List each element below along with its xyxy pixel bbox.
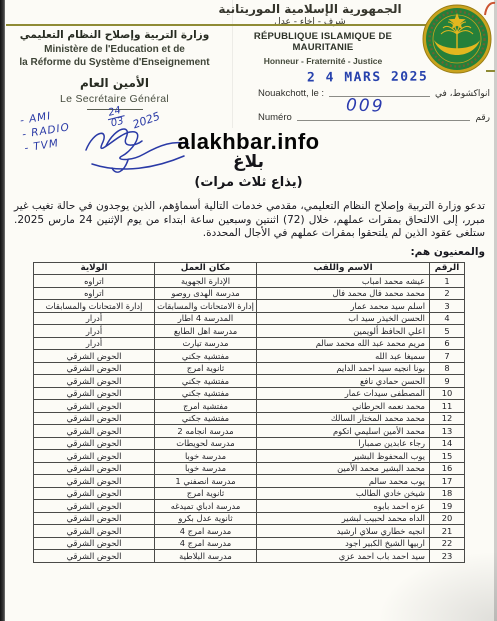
workplace-cell: مدرسة الهدى روصو (155, 287, 257, 300)
wilaya-cell: الحوض الشرقي (34, 387, 155, 400)
wilaya-cell: أدرار (34, 312, 155, 325)
table-row: 9الحسن حمادي نافعمفتشية جكنيالحوض الشرقي (34, 375, 465, 388)
column-header: الاسم واللقب (257, 262, 430, 275)
table-row: 8بونا انجيه سيد احمد الدايمثانوية امرجال… (34, 362, 465, 375)
table-row: 11محمد نعمه الحرطانيمفتشية امرجالحوض الش… (34, 400, 465, 413)
office-french: Le Secrétaire Général (12, 93, 217, 105)
table-row: 22اربيها الشيخ الكبير اجودمدرسة امرج 4ال… (34, 537, 465, 550)
name-cell: اعلي الحافظ ألويمين (257, 325, 430, 338)
workplace-cell: ثانوية امرج (155, 487, 257, 500)
wilaya-cell: إدارة الامتحانات والمسابقات (34, 300, 155, 313)
wilaya-cell: اتراوه (34, 275, 155, 288)
workplace-cell: إدارة الامتحانات والمسابقات (155, 300, 257, 313)
workplace-cell: مدرسة انصفني 1 (155, 475, 257, 488)
table-row: 10المصطفى سيدات عمارمفتشية جكنيالحوض الش… (34, 387, 465, 400)
workplace-cell: مدرسة البلاطية (155, 550, 257, 563)
wilaya-cell: الحوض الشرقي (34, 437, 155, 450)
name-cell: اربيها الشيخ الكبير اجود (257, 537, 430, 550)
column-header: الولاية (34, 262, 155, 275)
wilaya-cell: الحوض الشرقي (34, 412, 155, 425)
scanned-communique-page: الجمهورية الإسلامية الموريتانية شرف - إخ… (0, 0, 497, 621)
workplace-cell: مدرسة خوبا (155, 462, 257, 475)
workplace-cell: مدرسة انجامه 2 (155, 425, 257, 438)
handwritten-document-number: 009 (346, 95, 385, 116)
row-number-cell: 7 (430, 350, 465, 363)
name-cell: شيخن خادي الطالب (257, 487, 430, 500)
row-number-cell: 14 (430, 437, 465, 450)
row-number-cell: 13 (430, 425, 465, 438)
table-row: 20الداه محمد لحبيب لبشيرثانوية عدل بكروا… (34, 512, 465, 525)
name-cell: محمد البشير محمد الأمين (257, 462, 430, 475)
row-number-cell: 10 (430, 387, 465, 400)
table-row: 1عيشه محمد امبابالإدارة الجهويةاتراوه (34, 275, 465, 288)
name-cell: يوب المحفوظ البشير (257, 450, 430, 463)
wilaya-cell: الحوض الشرقي (34, 375, 155, 388)
table-row: 12محمد محمد المختار السالكمفتشية جكنيالح… (34, 412, 465, 425)
row-number-cell: 22 (430, 537, 465, 550)
workplace-cell: مدرسة تيارت (155, 337, 257, 350)
wilaya-cell: الحوض الشرقي (34, 487, 155, 500)
wilaya-cell: الحوض الشرقي (34, 512, 155, 525)
workplace-cell: مدرسة امرج 4 (155, 525, 257, 538)
number-label-french: Numéro (258, 112, 292, 123)
name-cell: يوب محمد سالم (257, 475, 430, 488)
row-number-cell: 8 (430, 362, 465, 375)
wilaya-cell: اتراوه (34, 287, 155, 300)
row-number-cell: 6 (430, 337, 465, 350)
workplace-cell: ثانوية امرج (155, 362, 257, 375)
wilaya-cell: الحوض الشرقي (34, 550, 155, 563)
name-cell: اسلم سيد محمد عمار (257, 300, 430, 313)
place-label-french: Nouakchott, le : (258, 88, 324, 99)
wilaya-cell: الحوض الشرقي (34, 362, 155, 375)
name-cell: محمد الأمين اسليمي اتكوم (257, 425, 430, 438)
table-row: 4الحسن الخيذر سيد ابالمدرسة 4 اطارأدرار (34, 312, 465, 325)
table-row: 17يوب محمد سالممدرسة انصفني 1الحوض الشرق… (34, 475, 465, 488)
row-number-cell: 12 (430, 412, 465, 425)
roster-table-header-row: الرقمالاسم واللقبمكان العملالولاية (34, 262, 465, 275)
row-number-cell: 4 (430, 312, 465, 325)
wilaya-cell: الحوض الشرقي (34, 400, 155, 413)
table-row: 2محمد محمد فال محمد فالمدرسة الهدى روصوا… (34, 287, 465, 300)
wilaya-cell: الحوض الشرقي (34, 537, 155, 550)
office-arabic: الأمين العام (12, 76, 217, 90)
workplace-cell: مدرسة لحويطات (155, 437, 257, 450)
row-number-cell: 17 (430, 475, 465, 488)
name-cell: بونا انجيه سيد احمد الدايم (257, 362, 430, 375)
workplace-cell: الإدارة الجهوية (155, 275, 257, 288)
ministry-block: وزارة التربية وإصلاح النظام التعليمي Min… (12, 29, 217, 110)
name-cell: الحسن حمادي نافع (257, 375, 430, 388)
table-row: 23سيد احمد باب احمد عزيمدرسة البلاطيةالح… (34, 550, 465, 563)
table-row: 19عزه احمد بابوهمدرسة ادباي تميدغهالحوض … (34, 500, 465, 513)
wilaya-cell: الحوض الشرقي (34, 525, 155, 538)
republic-name-french: RÉPUBLIQUE ISLAMIQUE DE MAURITANIE (228, 31, 418, 53)
workplace-cell: المدرسة 4 اطار (155, 312, 257, 325)
row-number-cell: 2 (430, 287, 465, 300)
workplace-cell: مفتشية جكني (155, 350, 257, 363)
name-cell: عيشه محمد امباب (257, 275, 430, 288)
mauritania-state-seal-icon (421, 2, 493, 76)
workplace-cell: مدرسة خوبا (155, 450, 257, 463)
wilaya-cell: الحوض الشرقي (34, 350, 155, 363)
wilaya-cell: الحوض الشرقي (34, 425, 155, 438)
list-intro: والمعنيون هم: (14, 246, 485, 258)
table-row: 7سميغا عبد اللهمفتشية جكنيالحوض الشرقي (34, 350, 465, 363)
name-cell: مريم محمد عبد الله محمد سالم (257, 337, 430, 350)
row-number-cell: 1 (430, 275, 465, 288)
table-row: 21انجيه خطاري سلاي ارشيدمدرسة امرج 4الحو… (34, 525, 465, 538)
scan-edge-left (0, 0, 5, 621)
table-row: 14رجاء عابدين صمبارامدرسة لحويطاتالحوض ا… (34, 437, 465, 450)
row-number-cell: 15 (430, 450, 465, 463)
row-number-cell: 21 (430, 525, 465, 538)
workplace-cell: مفتشية جكني (155, 412, 257, 425)
row-number-cell: 20 (430, 512, 465, 525)
absentee-roster-table: الرقمالاسم واللقبمكان العملالولاية 1عيشه… (33, 262, 465, 563)
ministry-name-french-line1: Ministère de l'Education et de (44, 44, 185, 55)
table-row: 18شيخن خادي الطالبثانوية امرجالحوض الشرق… (34, 487, 465, 500)
roster-table-body: 1عيشه محمد امبابالإدارة الجهويةاتراوه2مح… (34, 275, 465, 563)
republic-motto-french: Honneur - Fraternité - Justice (228, 56, 418, 66)
name-cell: محمد محمد المختار السالك (257, 412, 430, 425)
workplace-cell: مفتشية جكني (155, 375, 257, 388)
state-title-arabic: الجمهورية الإسلامية الموريتانية (170, 2, 450, 16)
name-cell: المصطفى سيدات عمار (257, 387, 430, 400)
row-number-cell: 5 (430, 325, 465, 338)
column-header: الرقم (430, 262, 465, 275)
document-title: بلاغ (0, 152, 497, 172)
table-row: 15يوب المحفوظ البشيرمدرسة خوباالحوض الشر… (34, 450, 465, 463)
row-number-cell: 18 (430, 487, 465, 500)
row-number-cell: 19 (430, 500, 465, 513)
name-cell: سيد احمد باب احمد عزي (257, 550, 430, 563)
workplace-cell: مدرسة امرج 4 (155, 537, 257, 550)
ministry-name-french-line2: la Réforme du Système d'Enseignement (19, 57, 209, 68)
name-cell: محمد نعمه الحرطاني (257, 400, 430, 413)
name-cell: عزه احمد بابوه (257, 500, 430, 513)
wilaya-cell: أدرار (34, 325, 155, 338)
row-number-cell: 3 (430, 300, 465, 313)
row-number-cell: 16 (430, 462, 465, 475)
table-row: 3اسلم سيد محمد عمارإدارة الامتحانات والم… (34, 300, 465, 313)
document-body: تدعو وزارة التربية وإصلاح النظام التعليم… (14, 200, 485, 563)
wilaya-cell: الحوض الشرقي (34, 500, 155, 513)
wilaya-cell: الحوض الشرقي (34, 462, 155, 475)
document-subtitle: (يذاع ثلاث مرات) (0, 175, 497, 190)
row-number-cell: 23 (430, 550, 465, 563)
table-row: 5اعلي الحافظ ألويمينمدرسة اهل الطايعأدرا… (34, 325, 465, 338)
name-cell: انجيه خطاري سلاي ارشيد (257, 525, 430, 538)
workplace-cell: ثانوية عدل بكرو (155, 512, 257, 525)
place-label-arabic: انواكشوط، في (435, 89, 490, 99)
number-label-arabic: رقم (475, 113, 490, 123)
header-rule (6, 24, 430, 26)
ministry-name-arabic: وزارة التربية وإصلاح النظام التعليمي (12, 29, 217, 41)
workplace-cell: مفتشية امرج (155, 400, 257, 413)
name-cell: الحسن الخيذر سيد اب (257, 312, 430, 325)
row-number-cell: 9 (430, 375, 465, 388)
table-row: 13محمد الأمين اسليمي اتكوممدرسة انجامه 2… (34, 425, 465, 438)
wilaya-cell: الحوض الشرقي (34, 450, 155, 463)
table-row: 16محمد البشير محمد الأمينمدرسة خوباالحوض… (34, 462, 465, 475)
row-number-cell: 11 (430, 400, 465, 413)
table-row: 6مريم محمد عبد الله محمد سالممدرسة تيارت… (34, 337, 465, 350)
date-stamp: 2 4 MARS 2025 (307, 69, 428, 85)
republic-block: RÉPUBLIQUE ISLAMIQUE DE MAURITANIE Honne… (228, 31, 418, 66)
workplace-cell: مدرسة ادباي تميدغه (155, 500, 257, 513)
wilaya-cell: الحوض الشرقي (34, 475, 155, 488)
communique-paragraph: تدعو وزارة التربية وإصلاح النظام التعليم… (14, 200, 485, 241)
workplace-cell: مفتشية جكني (155, 387, 257, 400)
wilaya-cell: أدرار (34, 337, 155, 350)
name-cell: محمد محمد فال محمد فال (257, 287, 430, 300)
name-cell: رجاء عابدين صمبارا (257, 437, 430, 450)
name-cell: سميغا عبد الله (257, 350, 430, 363)
workplace-cell: مدرسة اهل الطايع (155, 325, 257, 338)
name-cell: الداه محمد لحبيب لبشير (257, 512, 430, 525)
column-header: مكان العمل (155, 262, 257, 275)
